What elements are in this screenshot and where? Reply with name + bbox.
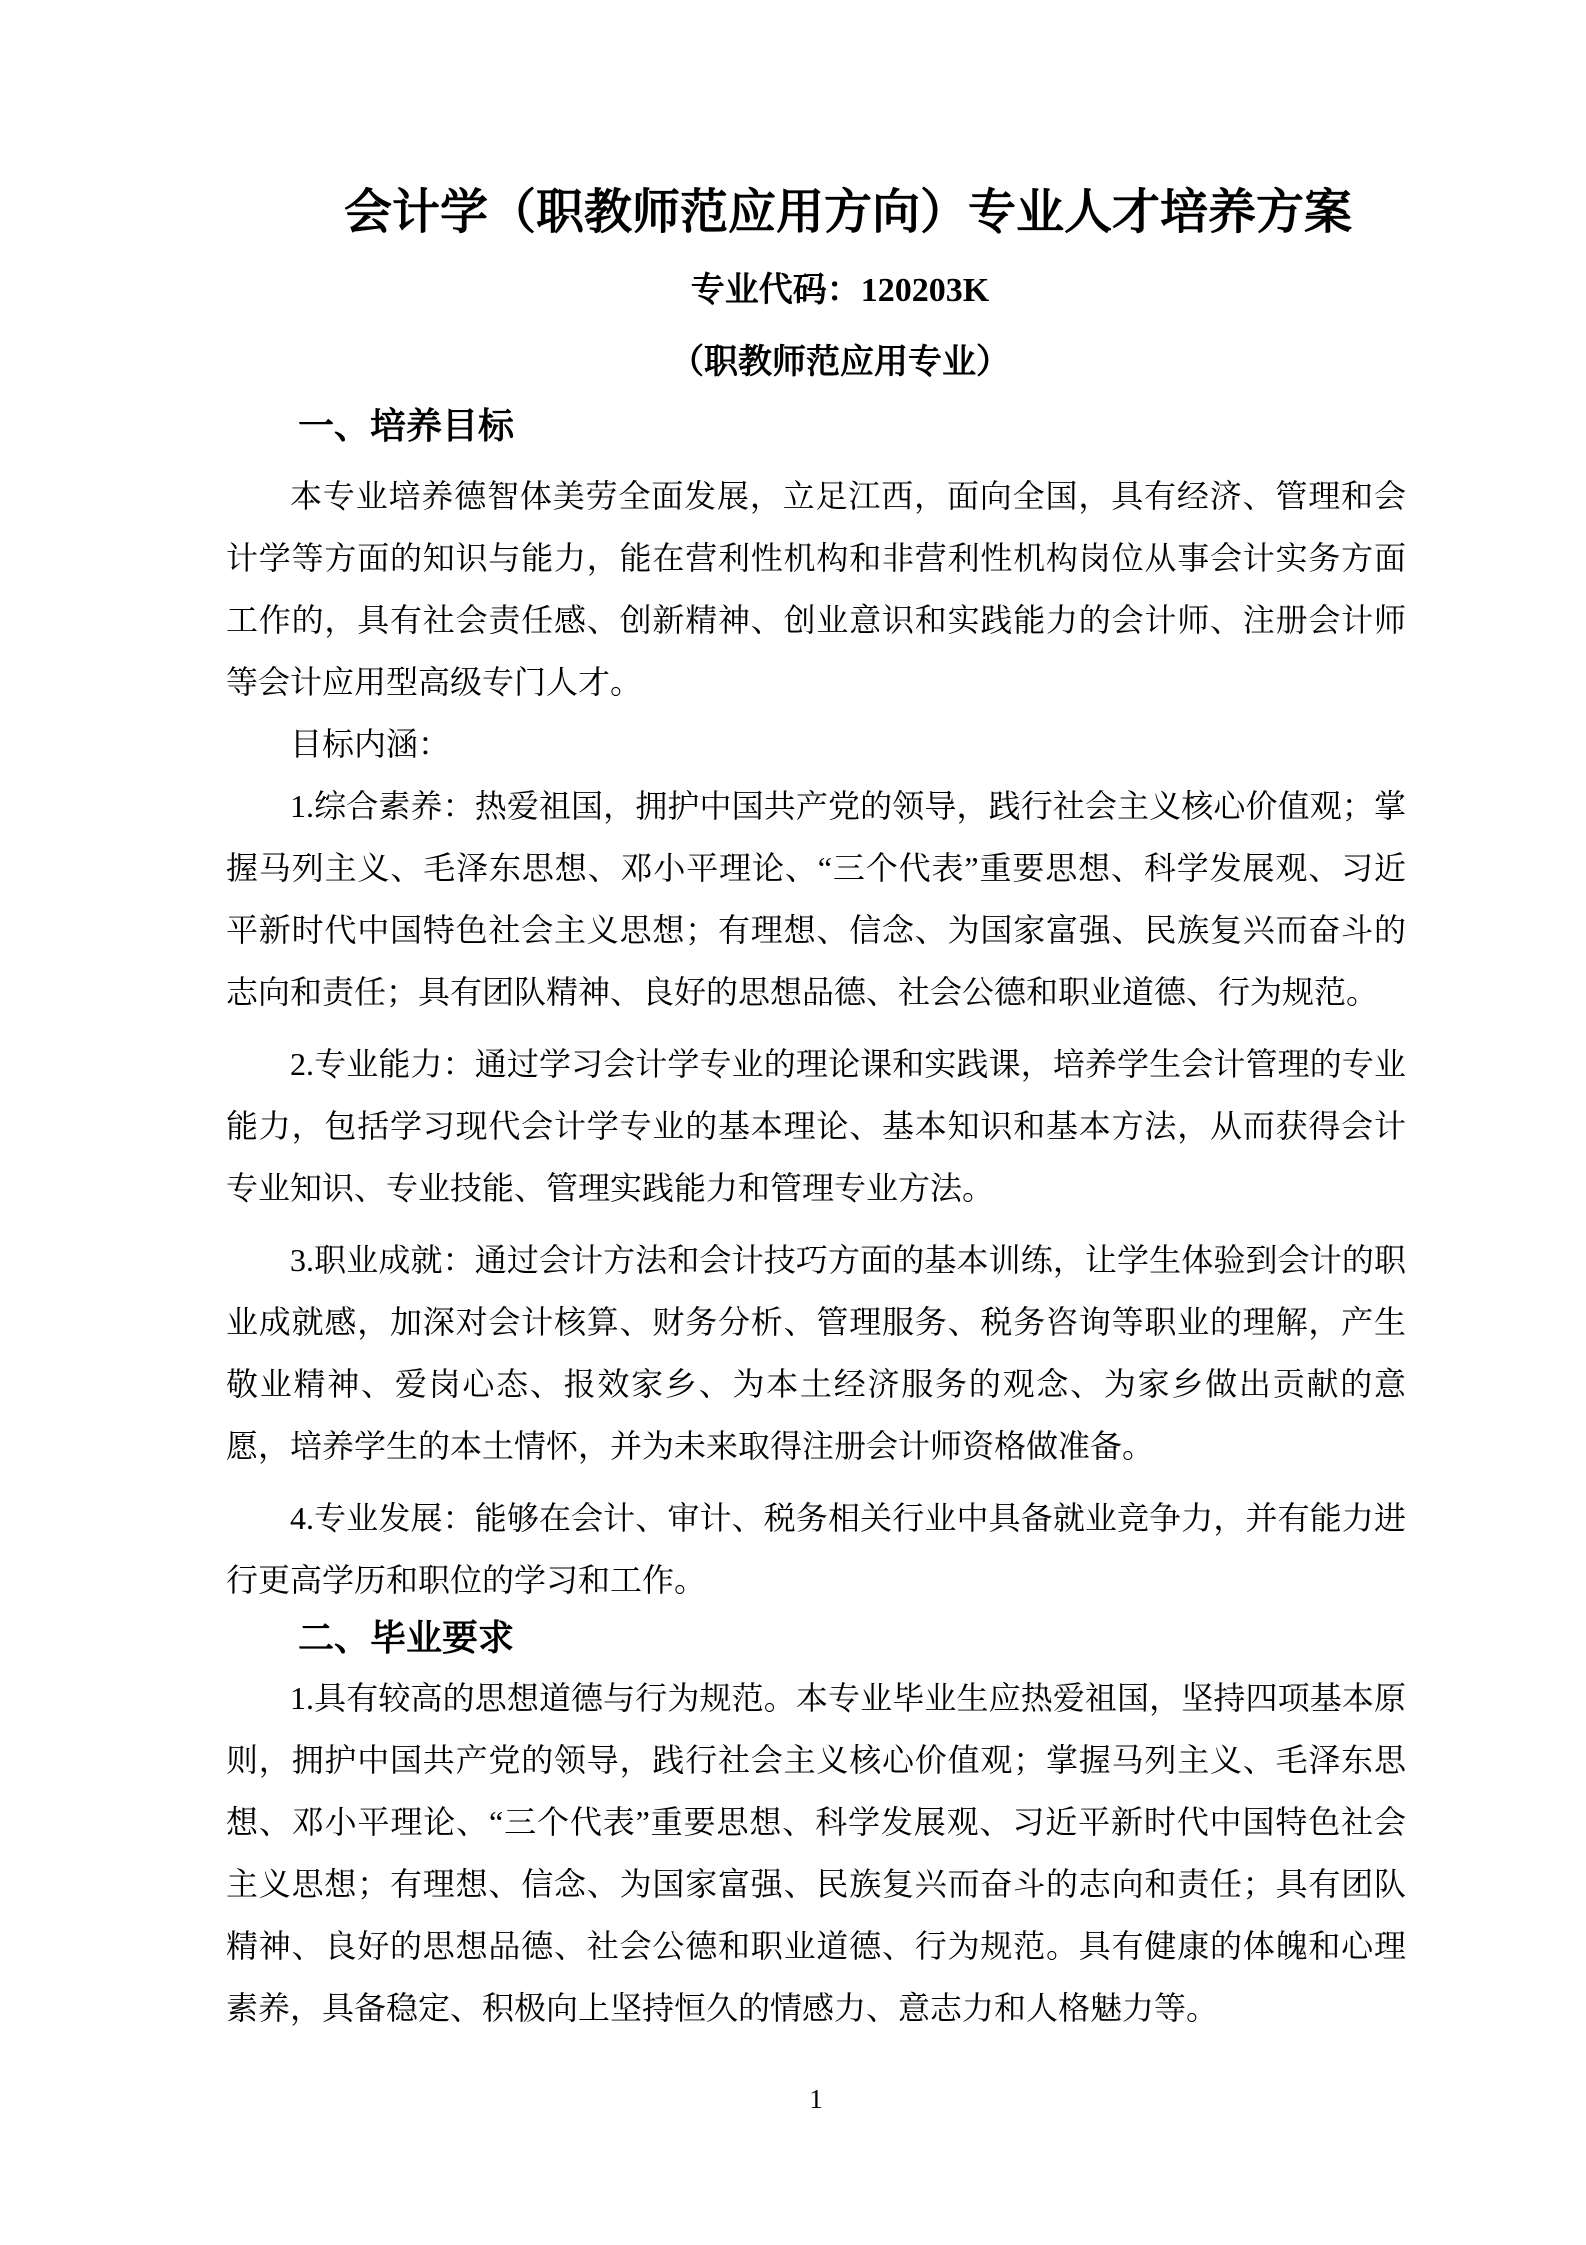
page-number: 1 (226, 2083, 1406, 2115)
paragraph-professional-ability: 2.专业能力：通过学习会计学专业的理论课和实践课，培养学生会计管理的专业能力，包… (226, 1033, 1406, 1219)
paragraph-goal-connotation-label: 目标内涵： (226, 713, 1406, 775)
major-type-line: （职教师范应用专业） (226, 337, 1406, 389)
paragraph-graduation-requirement-1: 1.具有较高的思想道德与行为规范。本专业毕业生应热爱祖国，坚持四项基本原则，拥护… (226, 1667, 1406, 2039)
document-page: 会计学（职教师范应用方向）专业人才培养方案 专业代码：120203K （职教师范… (0, 0, 1586, 2245)
paragraph-career-achievement: 3.职业成就：通过会计方法和会计技巧方面的基本训练，让学生体验到会计的职业成就感… (226, 1229, 1406, 1477)
paragraph-comprehensive-quality: 1.综合素养：热爱祖国，拥护中国共产党的领导，践行社会主义核心价值观；掌握马列主… (226, 775, 1406, 1023)
paragraph-professional-development: 4.专业发展：能够在会计、审计、税务相关行业中具备就业竞争力，并有能力进行更高学… (226, 1487, 1406, 1611)
paragraph-training-overview: 本专业培养德智体美劳全面发展，立足江西，面向全国，具有经济、管理和会计学等方面的… (226, 465, 1406, 713)
section-heading-training-objectives: 一、培养目标 (226, 399, 1406, 453)
section-heading-graduation-requirements: 二、毕业要求 (226, 1611, 1406, 1665)
document-title: 会计学（职教师范应用方向）专业人才培养方案 (226, 182, 1406, 244)
major-code-line: 专业代码：120203K (226, 265, 1406, 317)
